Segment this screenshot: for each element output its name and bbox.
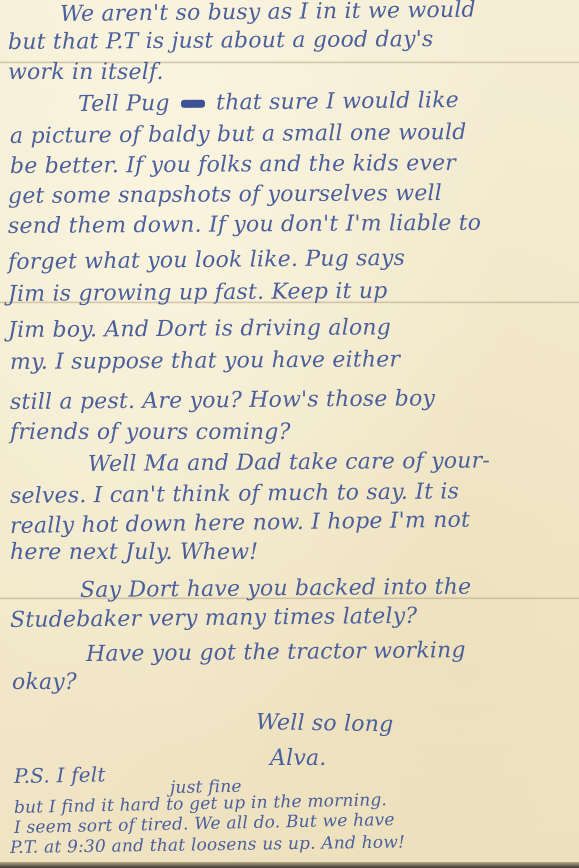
letter-line: Have you got the tractor working bbox=[86, 638, 466, 667]
scan-edge bbox=[0, 862, 579, 868]
letter-line: here next July. Whew! bbox=[10, 540, 258, 565]
letter-line: Jim is growing up fast. Keep it up bbox=[8, 279, 388, 307]
letter-line: okay? bbox=[12, 670, 77, 695]
letter-line: work in itself. bbox=[8, 60, 164, 85]
letter-line: selves. I can't think of much to say. It… bbox=[10, 479, 459, 509]
signature: Alva. bbox=[270, 746, 326, 771]
postscript-line: P.S. I felt bbox=[14, 762, 106, 788]
letter-line: Say Dort have you backed into the bbox=[80, 575, 471, 603]
letter-line: Jim boy. And Dort is driving along bbox=[8, 315, 391, 343]
letter-line: forget what you look like. Pug says bbox=[8, 246, 405, 275]
letter-line: send them down. If you don't I'm liable … bbox=[8, 211, 481, 239]
postscript-line: P.T. at 9:30 and that loosens us up. And… bbox=[10, 832, 405, 858]
letter-page: We aren't so busy as I in it we would bu… bbox=[0, 0, 579, 868]
letter-line: still a pest. Are you? How's those boy bbox=[10, 386, 435, 415]
closing: Well so long bbox=[256, 710, 394, 737]
letter-line: Well Ma and Dad take care of your- bbox=[88, 448, 490, 477]
letter-line: get some snapshots of yourselves well bbox=[8, 181, 442, 209]
letter-line: Tell Pug that sure I would like bbox=[78, 88, 459, 117]
letter-line: my. I suppose that you have either bbox=[10, 347, 400, 375]
letter-line: We aren't so busy as I in it we would bbox=[60, 0, 476, 27]
letter-line: really hot down here now. I hope I'm not bbox=[10, 508, 470, 539]
letter-line: but that P.T is just about a good day's bbox=[8, 27, 434, 55]
letter-line: friends of yours coming? bbox=[10, 420, 291, 445]
letter-line: Studebaker very many times lately? bbox=[10, 604, 418, 633]
letter-text: Tell Pug bbox=[78, 91, 170, 117]
crossed-out-word bbox=[181, 100, 205, 108]
letter-line: be better. If you folks and the kids eve… bbox=[10, 151, 456, 179]
letter-line: a picture of baldy but a small one would bbox=[10, 120, 467, 149]
letter-text: that sure I would like bbox=[216, 88, 459, 116]
